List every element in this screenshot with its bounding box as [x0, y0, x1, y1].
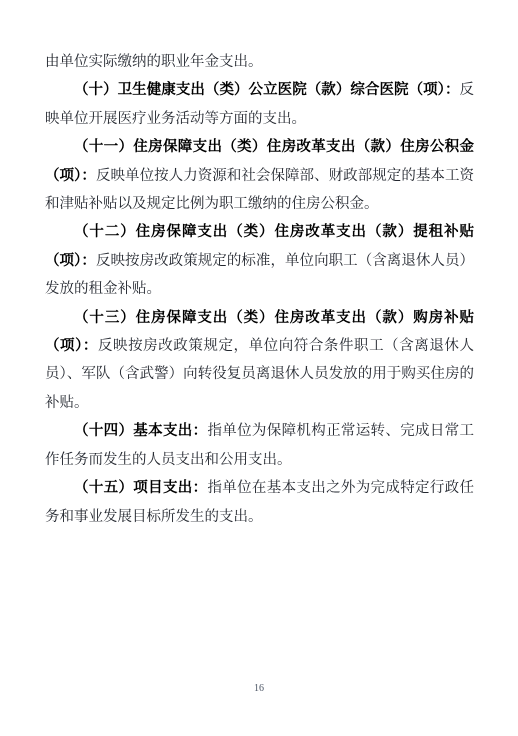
- page-number: 16: [254, 683, 264, 694]
- document-content: 由单位实际缴纳的职业年金支出。 （十）卫生健康支出（类）公立医院（款）综合医院（…: [45, 48, 474, 531]
- paragraph: （十二）住房保障支出（类）住房改革支出（款）提租补贴（项）：反映按房改政策规定的…: [45, 218, 474, 303]
- page-footer: 16: [0, 678, 518, 696]
- paragraph-heading: （十五）项目支出：: [74, 480, 207, 496]
- paragraph: （十）卫生健康支出（类）公立医院（款）综合医院（项）：反映单位开展医疗业务活动等…: [45, 76, 474, 133]
- paragraph-heading: （十四）基本支出：: [74, 423, 207, 439]
- paragraph: （十四）基本支出：指单位为保障机构正常运转、完成日常工作任务而发生的人员支出和公…: [45, 417, 474, 474]
- paragraph: （十一）住房保障支出（类）住房改革支出（款）住房公积金（项）：反映单位按人力资源…: [45, 133, 474, 218]
- paragraph: 由单位实际缴纳的职业年金支出。: [45, 48, 474, 76]
- paragraph-text: 反映单位按人力资源和社会保障部、财政部规定的基本工资和津贴补贴以及规定比例为职工…: [45, 168, 474, 212]
- paragraph-text: 由单位实际缴纳的职业年金支出。: [45, 54, 263, 70]
- paragraph-text: 反映按房改政策规定，单位向符合条件职工（含离退休人员）、军队（含武警）向转役复员…: [45, 338, 474, 411]
- paragraph-text: 反映按房改政策规定的标准，单位向职工（含离退休人员）发放的租金补贴。: [45, 253, 474, 297]
- paragraph: （十五）项目支出：指单位在基本支出之外为完成特定行政任务和事业发展目标所发生的支…: [45, 474, 474, 531]
- paragraph-heading: （十）卫生健康支出（类）公立医院（款）综合医院（项）：: [74, 82, 460, 98]
- document-page: 由单位实际缴纳的职业年金支出。 （十）卫生健康支出（类）公立医院（款）综合医院（…: [0, 0, 518, 736]
- paragraph: （十三）住房保障支出（类）住房改革支出（款）购房补贴（项）：反映按房改政策规定，…: [45, 304, 474, 418]
